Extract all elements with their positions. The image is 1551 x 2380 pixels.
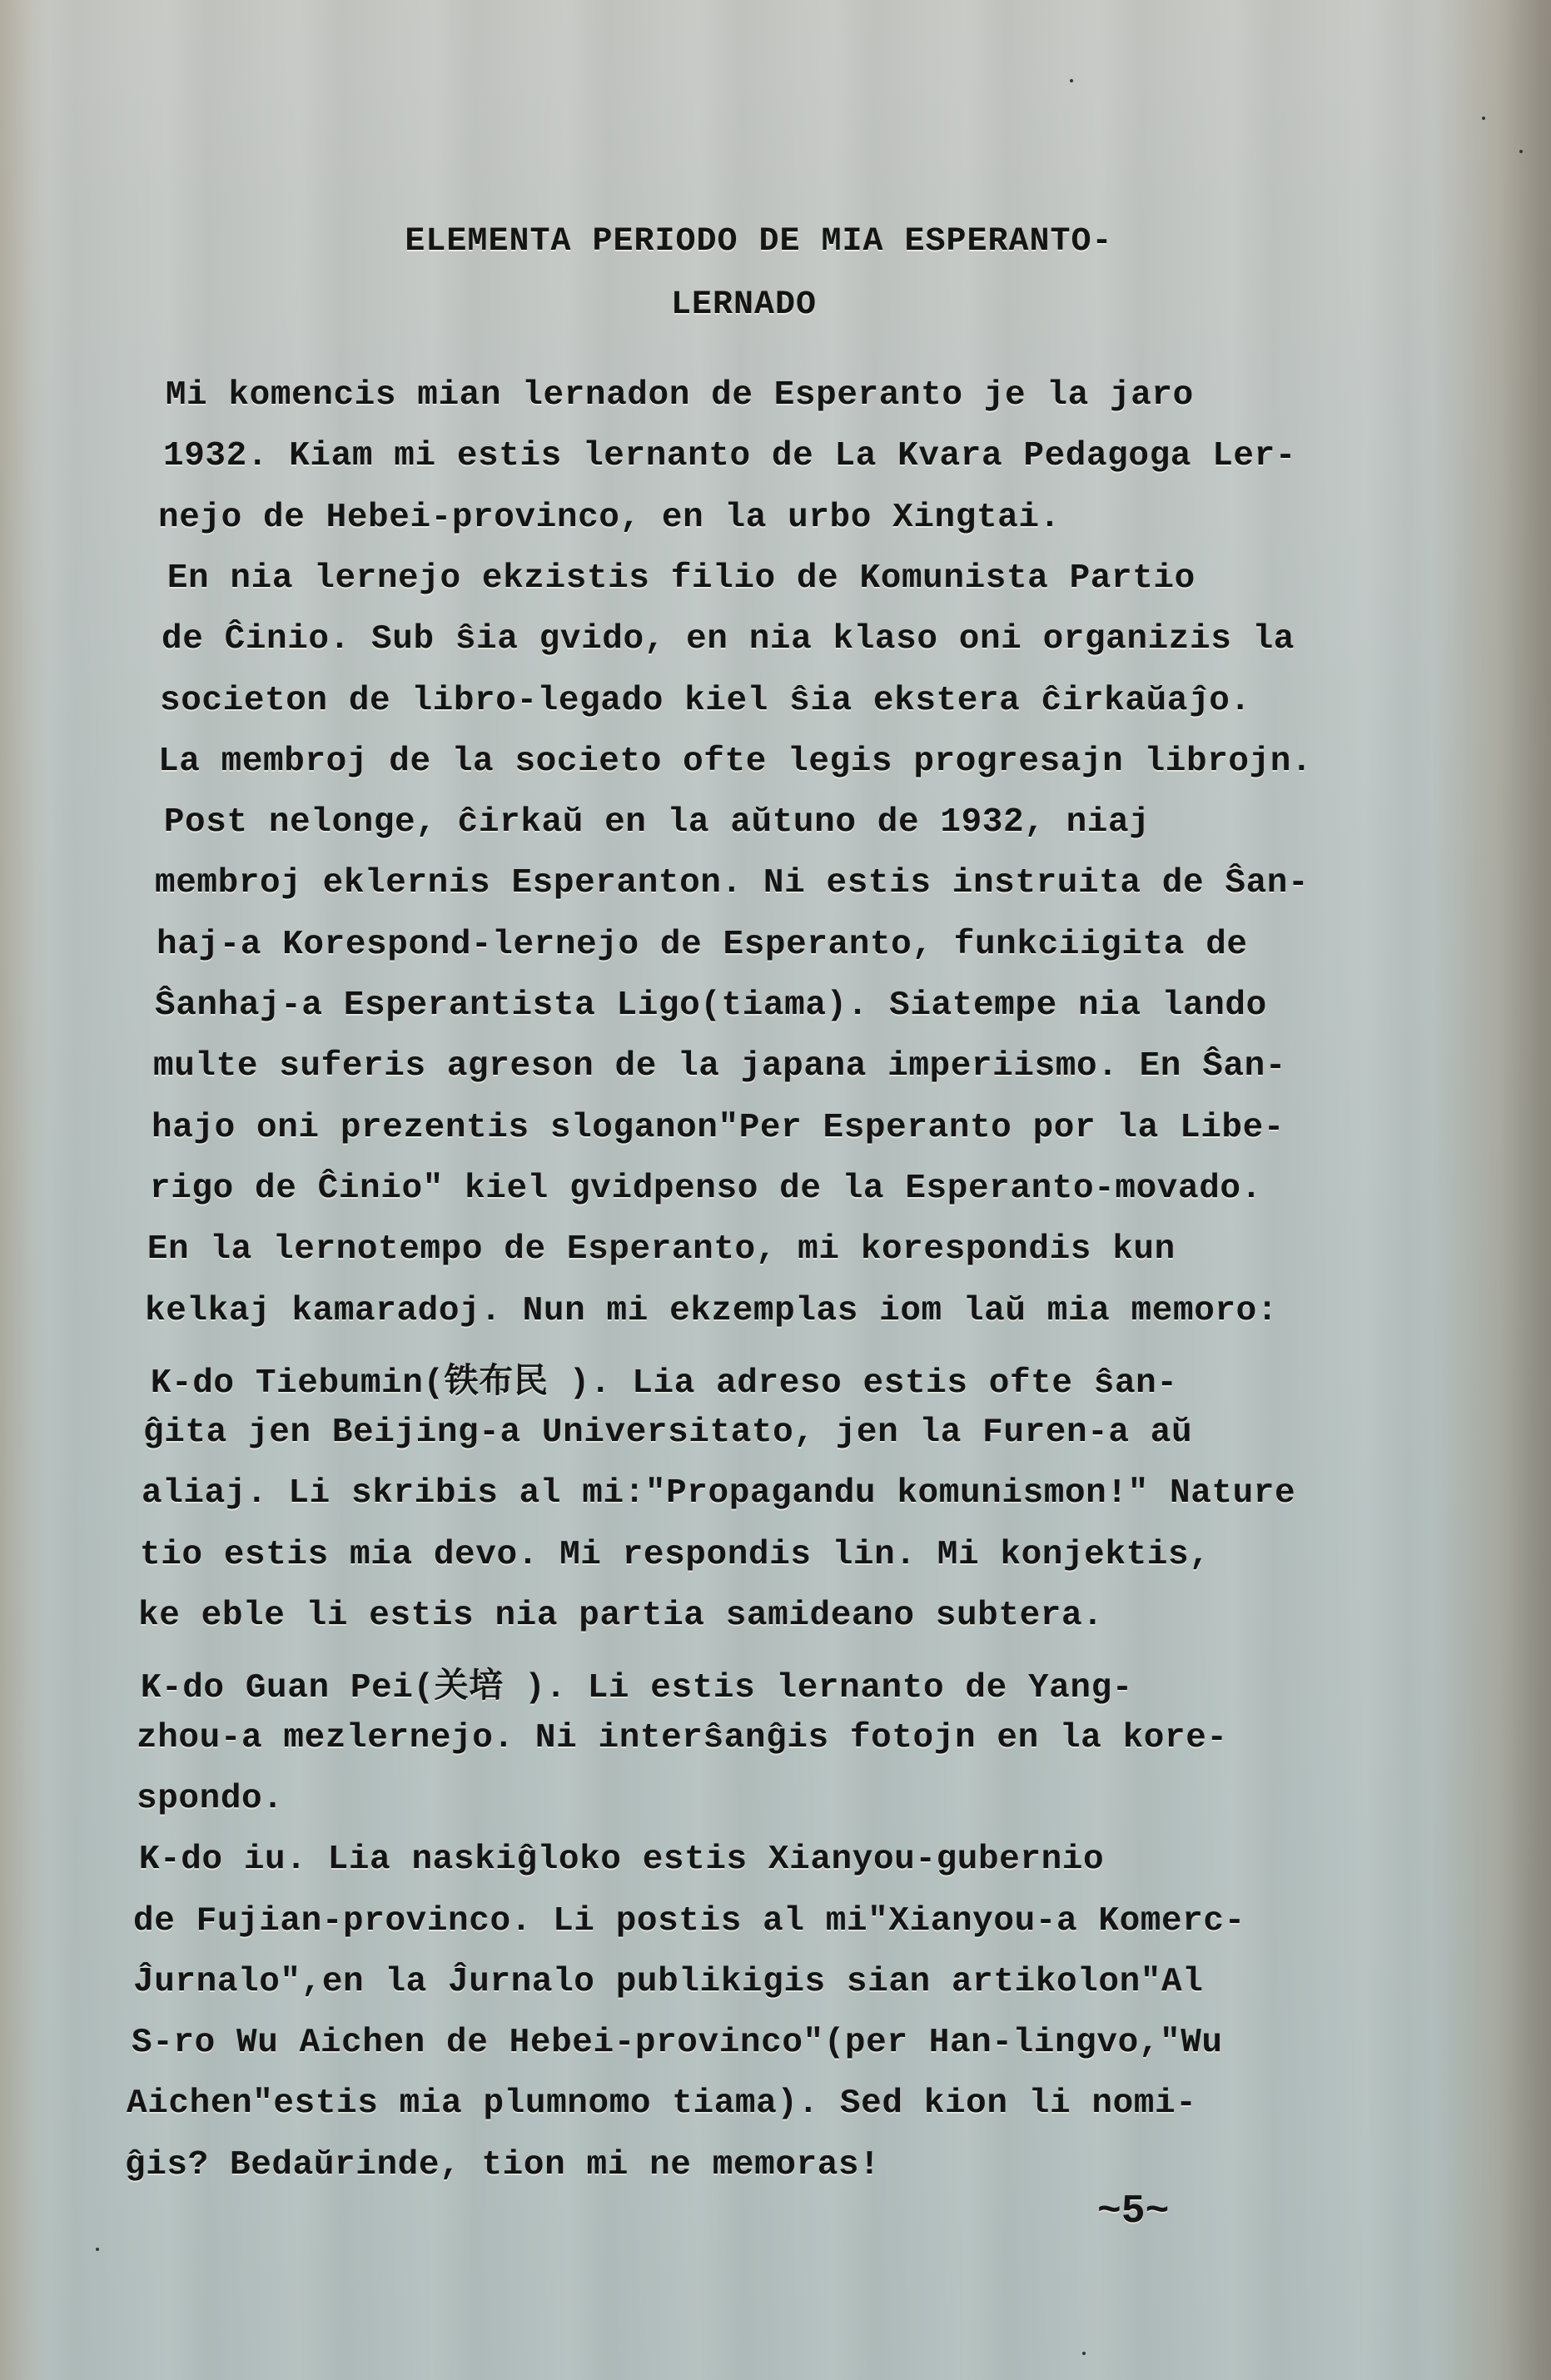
body-text-line: nejo de Hebei-provinco, en la urbo Xingt… (158, 499, 1061, 537)
body-text-line: K-do iu. Lia naskiĝloko estis Xianyou-gu… (55, 1841, 1104, 1879)
paper-speck (96, 2248, 99, 2251)
body-text-line: de Ĉinio. Sub ŝia gvido, en nia klaso on… (162, 620, 1295, 658)
body-text-line: spondo. (137, 1780, 283, 1818)
document-page: ELEMENTA PERIODO DE MIA ESPERANTO- LERNA… (0, 0, 1551, 2380)
body-text-line: ke eble li estis nia partia samideano su… (138, 1597, 1103, 1635)
body-text-line: ĝita jen Beijing-a Universitato, jen la … (143, 1414, 1192, 1452)
body-text-line: tio estis mia devo. Mi respondis lin. Mi… (140, 1536, 1210, 1574)
body-text-line: aliaj. Li skribis al mi:"Propagandu komu… (142, 1474, 1295, 1513)
body-text-line: Aichen"estis mia plumnomo tiama). Sed ki… (127, 2084, 1196, 2123)
body-text-line: ĝis? Bedaŭrinde, tion mi ne memoras! (125, 2146, 880, 2184)
body-text-line: La membroj de la societo ofte legis prog… (158, 743, 1312, 781)
paper-speck (1070, 79, 1073, 82)
page-number: ~5~ (1097, 2189, 1169, 2234)
document-title-line-1: ELEMENTA PERIODO DE MIA ESPERANTO- (0, 223, 1534, 261)
body-text-line: societon de libro-legado kiel ŝia ekster… (160, 682, 1251, 720)
body-text-line: de Fujian-provinco. Li postis al mi"Xian… (133, 1902, 1245, 1940)
paper-speck (1482, 117, 1485, 120)
body-text-line: Ĵurnalo",en la Ĵurnalo publikigis sian a… (133, 1963, 1203, 2001)
body-text-line: En la lernotempo de Esperanto, mi koresp… (63, 1230, 1176, 1269)
body-text-line: Ŝanhaj-a Esperantista Ligo(tiama). Siate… (155, 986, 1267, 1025)
body-text-line: rigo de Ĉinio" kiel gvidpenso de la Espe… (150, 1170, 1262, 1208)
body-text-line: membroj eklernis Esperanton. Ni estis in… (155, 864, 1309, 902)
body-text-line: Mi komencis mian lernadon de Esperanto j… (82, 376, 1194, 415)
body-text-line: 1932. Kiam mi estis lernanto de La Kvara… (163, 437, 1296, 475)
body-text-line: multe suferis agreson de la japana imper… (153, 1047, 1286, 1086)
body-text-line: En nia lernejo ekzistis filio de Komunis… (83, 559, 1196, 598)
paper-speck (1082, 2352, 1086, 2355)
body-text-line: S-ro Wu Aichen de Hebei-provinco"(per Ha… (132, 2024, 1223, 2062)
body-text-line: haj-a Korespond-lernejo de Esperanto, fu… (157, 926, 1248, 964)
paper-speck (1519, 150, 1523, 153)
document-title-line-2: LERNADO (0, 286, 1519, 324)
body-text-line: kelkaj kamaradoj. Nun mi ekzemplas iom l… (145, 1292, 1278, 1330)
body-text-line: K-do Guan Pei(关培 ). Li estis lernanto de… (57, 1657, 1133, 1707)
body-text-line: Post nelonge, ĉirkaŭ en la aŭtuno de 193… (80, 803, 1150, 842)
body-text-line: hajo oni prezentis sloganon"Per Esperant… (152, 1109, 1285, 1147)
body-text-line: zhou-a mezlernejo. Ni interŝanĝis fotojn… (137, 1719, 1228, 1757)
body-text-line: K-do Tiebumin(铁布民 ). Lia adreso estis of… (67, 1353, 1178, 1403)
